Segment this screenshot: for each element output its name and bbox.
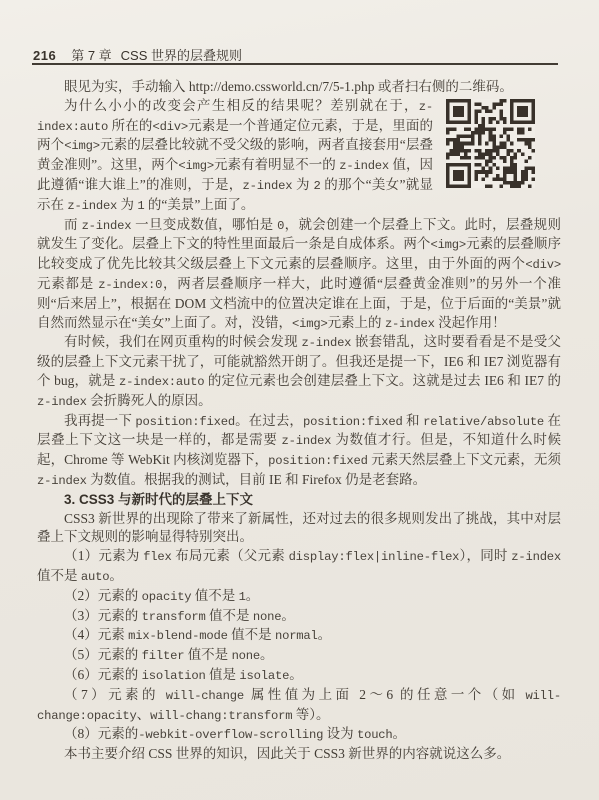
- text-run: 值不是: [184, 647, 231, 662]
- text-run: 。: [260, 647, 274, 662]
- text-run: 布局元素（父元素: [172, 548, 289, 563]
- inline-code: transform: [142, 610, 206, 624]
- header-rule: [32, 63, 558, 65]
- inline-code: touch: [357, 728, 393, 742]
- inline-code: <div>: [525, 258, 561, 272]
- inline-code: position:fixed: [135, 415, 235, 429]
- inline-code: z-index:auto: [119, 375, 204, 389]
- text-run: 。在过去，: [235, 413, 303, 428]
- text-run: 没起作用！: [435, 315, 506, 330]
- chapter-label: 第 7 章: [71, 45, 111, 64]
- inline-code: auto: [81, 570, 109, 584]
- text-run: （2）元素的: [64, 588, 142, 603]
- text-run: 。: [289, 667, 303, 682]
- inline-code: z-index: [67, 199, 117, 213]
- text-run: 。: [109, 568, 123, 583]
- list-item: （1）元素为 flex 布局元素（父元素 display:flex|inline…: [37, 547, 561, 587]
- text-run: 设为: [323, 726, 357, 741]
- text-run: 而: [64, 217, 82, 232]
- text-run: 。: [318, 627, 332, 642]
- text-run: 所在的: [108, 118, 152, 133]
- text-run: 值不是: [206, 608, 253, 623]
- list-item: （5）元素的 filter 值不是 none。: [37, 646, 561, 666]
- text-run: 属性值为上面 2～6 的任意一个（如: [244, 687, 525, 702]
- list-item: （2）元素的 opacity 值不是 1。: [37, 587, 561, 607]
- text-run: （7）元素的: [64, 687, 166, 702]
- inline-code: 1: [137, 199, 144, 213]
- text-run: 我再提一下: [64, 413, 135, 428]
- text-run: 本书主要介绍 CSS 世界的知识，因此关于 CSS3 新世界的内容就说这么多。: [64, 746, 510, 761]
- text-run: 元素天然层叠上下文元素，无须: [368, 452, 561, 467]
- text-run: 为: [117, 197, 137, 212]
- inline-code: z-index:0: [98, 278, 162, 292]
- list-item: （4）元素 mix-blend-mode 值不是 normal。: [37, 626, 561, 646]
- text-run: 值不是: [37, 568, 81, 583]
- text-run: 元素都是: [37, 276, 98, 291]
- qr-code: [446, 99, 535, 188]
- paragraph: 本书主要介绍 CSS 世界的知识，因此关于 CSS3 新世界的内容就说这么多。: [37, 745, 561, 764]
- inline-code: opacity: [142, 590, 192, 604]
- inline-code: isolate: [239, 669, 289, 683]
- list-item: （7）元素的 will-change 属性值为上面 2～6 的任意一个（如 wi…: [37, 686, 561, 726]
- text-run: 等）。: [292, 707, 329, 722]
- text-run: 元素有着明显不一的: [214, 157, 339, 172]
- list-item: （6）元素的 isolation 值是 isolate。: [37, 666, 561, 686]
- inline-code: z-index: [385, 317, 435, 331]
- body-text: 眼见为实，手动输入 http://demo.cssworld.cn/7/5-1.…: [37, 78, 561, 764]
- paragraph: 眼见为实，手动输入 http://demo.cssworld.cn/7/5-1.…: [37, 78, 561, 97]
- text-run: 的定位元素也会创建层叠上下文。这就是过去 IE6 和 IE7 的: [204, 373, 561, 388]
- inline-code: <img>: [430, 238, 466, 252]
- inline-code: display:flex|inline-flex: [289, 550, 460, 564]
- text-run: （1）元素为: [64, 548, 143, 563]
- text-run: （4）元素: [64, 627, 128, 642]
- inline-code: position:fixed: [303, 415, 403, 429]
- qr-pattern: [446, 99, 535, 188]
- text-run: ），同时: [459, 548, 511, 563]
- inline-code: z-index: [511, 550, 561, 564]
- inline-code: z-index: [302, 336, 352, 350]
- paragraph: 我再提一下 position:fixed。在过去，position:fixed …: [37, 412, 561, 491]
- text-run: 有时候，我们在网页重构的时候会发现: [64, 334, 302, 349]
- inline-code: z-index: [282, 434, 332, 448]
- paragraph: 有时候，我们在网页重构的时候会发现 z-index 嵌套错乱，这时要看看是不是受…: [37, 333, 561, 411]
- text-run: （3）元素的: [64, 608, 142, 623]
- inline-code: mix-blend-mode: [128, 629, 228, 643]
- text-run: 一旦变成数值，哪怕是: [131, 217, 277, 232]
- paragraph: CSS3 新世界的出现除了带来了新属性，还对过去的很多规则发出了挑战，其中对层叠…: [37, 510, 561, 548]
- inline-code: z-index: [37, 395, 87, 409]
- inline-code: z-index: [339, 159, 389, 173]
- paragraph: 而 z-index 一旦变成数值，哪怕是 0，就会创建一个层叠上下文。此时，层叠…: [37, 216, 561, 334]
- inline-code: <div>: [152, 120, 188, 134]
- inline-code: z-index: [243, 179, 293, 193]
- inline-code: will-change: [166, 689, 244, 703]
- text-run: 。: [246, 588, 260, 603]
- text-run: 的“美景”上面了。: [145, 197, 255, 212]
- list-item: （3）元素的 transform 值不是 none。: [37, 607, 561, 627]
- inline-code: 1: [239, 590, 246, 604]
- text-run: 值不是: [191, 588, 238, 603]
- text-run: 为什么小小的改变会产生相反的结果呢？差别就在于，: [64, 98, 419, 113]
- inline-code: flex: [143, 550, 171, 564]
- inline-code: <img>: [292, 317, 328, 331]
- text-run: 为: [292, 177, 313, 192]
- inline-code: -webkit-overflow-scrolling: [138, 728, 323, 742]
- book-page: 216 第 7 章 CSS 世界的层叠规则 眼见为实，手动输入 http://d…: [0, 0, 599, 800]
- inline-code: z-index: [37, 474, 87, 488]
- text-run: （6）元素的: [64, 667, 142, 682]
- paragraph: 为什么小小的改变会产生相反的结果呢？差别就在于，z-index:auto 所在的…: [37, 97, 561, 216]
- inline-code: position:fixed: [268, 454, 368, 468]
- text-run: （8）元素的: [64, 726, 138, 741]
- section-heading: 3. CSS3 与新时代的层叠上下文: [37, 491, 561, 510]
- inline-code: filter: [142, 649, 185, 663]
- text-run: 会折腾死人的原因。: [87, 393, 212, 408]
- page-number: 216: [33, 48, 56, 63]
- text-run: 值是: [206, 667, 240, 682]
- text-run: 。: [281, 608, 295, 623]
- inline-code: will-chang:transform: [150, 709, 292, 723]
- text-run: 、: [137, 707, 151, 722]
- text-run: CSS3 新世界的出现除了带来了新属性，还对过去的很多规则发出了挑战，其中对层叠…: [37, 511, 561, 545]
- text-run: 为数值。根据我的测试，目前 IE 和 Firefox 仍是老套路。: [87, 472, 426, 487]
- inline-code: <img>: [178, 159, 214, 173]
- list-item: （8）元素的-webkit-overflow-scrolling 设为 touc…: [37, 725, 561, 745]
- text-run: 眼见为实，手动输入 http://demo.cssworld.cn/7/5-1.…: [64, 79, 513, 94]
- text-run: 。: [393, 726, 407, 741]
- text-run: （5）元素的: [64, 647, 142, 662]
- inline-code: relative/absolute: [423, 415, 544, 429]
- inline-code: isolation: [142, 669, 206, 683]
- page-title: CSS 世界的层叠规则: [121, 45, 242, 64]
- inline-code: z-index: [82, 219, 132, 233]
- inline-code: normal: [275, 629, 318, 643]
- inline-code: none: [232, 649, 260, 663]
- inline-code: 2: [313, 179, 320, 193]
- inline-code: none: [253, 610, 281, 624]
- text-run: 元素上的: [328, 315, 385, 330]
- text-run: 和: [403, 413, 424, 428]
- inline-code: <img>: [64, 139, 100, 153]
- text-run: 值不是: [228, 627, 275, 642]
- text-run: 3. CSS3 与新时代的层叠上下文: [64, 492, 253, 507]
- page-header: 216 第 7 章 CSS 世界的层叠规则: [33, 45, 242, 64]
